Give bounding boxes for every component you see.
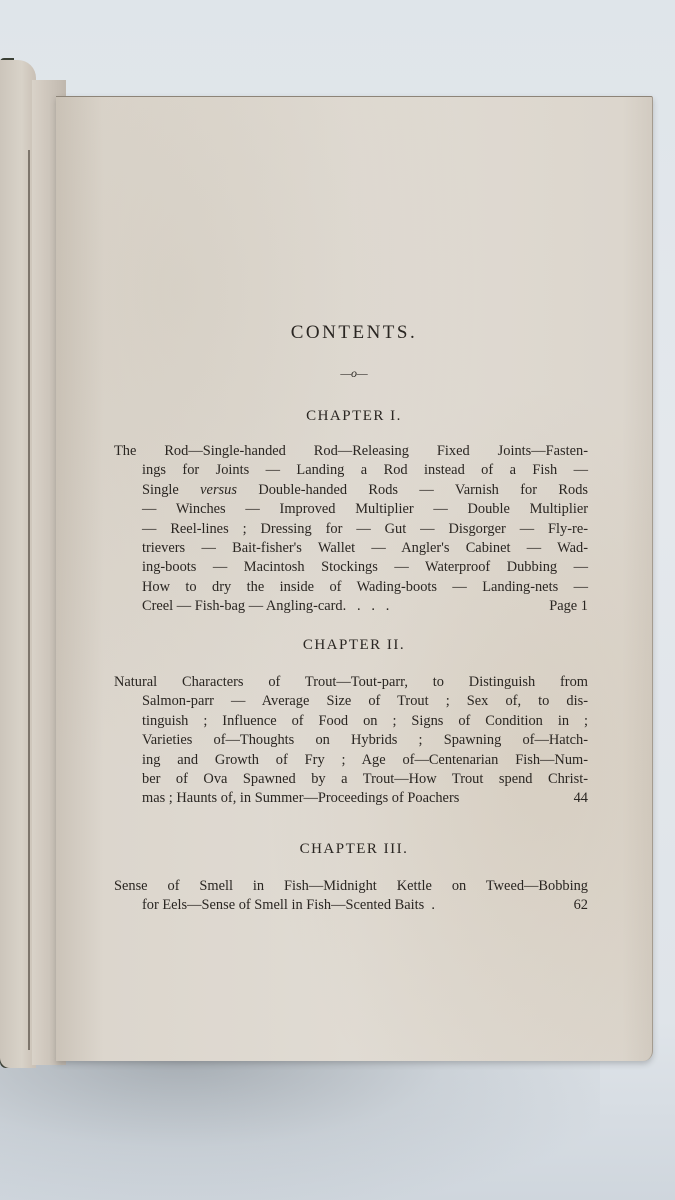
- table-shadow: [0, 1055, 600, 1200]
- entry-line: ings for Joints — Landing a Rod instead …: [114, 461, 588, 480]
- left-page-leaf: [0, 60, 36, 1068]
- entry-line: Varieties of—Thoughts on Hybrids ; Spawn…: [114, 731, 588, 750]
- entry-text: Creel — Fish-bag — Angling-card. . . .: [142, 597, 389, 616]
- page-number: 44: [574, 789, 588, 808]
- entry-italic-text: versus: [200, 482, 237, 498]
- entry-line: for Eels—Sense of Smell in Fish—Scented …: [114, 896, 588, 915]
- chapter-3-entry: Sense of Smell in Fish—Midnight Kettle o…: [114, 877, 588, 916]
- entry-text: Double-handed Rods — Varnish for Rods: [258, 482, 588, 498]
- entry-line: Salmon-parr — Average Size of Trout ; Se…: [114, 692, 588, 711]
- entry-line: ber of Ova Spawned by a Trout—How Trout …: [114, 770, 588, 789]
- entry-line: Sense of Smell in Fish—Midnight Kettle o…: [114, 877, 588, 896]
- entry-line: The Rod—Single-handed Rod—Releasing Fixe…: [114, 442, 588, 461]
- entry-line: ing and Growth of Fry ; Age of—Centenari…: [114, 751, 588, 770]
- left-leaf-fold-line: [28, 150, 30, 1050]
- chapter-2-entry: Natural Characters of Trout—Tout-parr, t…: [114, 673, 588, 809]
- entry-line: tinguish ; Influence of Food on ; Signs …: [114, 712, 588, 731]
- chapter-1-heading: CHAPTER I.: [56, 408, 652, 425]
- entry-line: Creel — Fish-bag — Angling-card. . . .Pa…: [114, 597, 588, 616]
- entry-line: — Reel-lines ; Dressing for — Gut — Disg…: [114, 520, 588, 539]
- contents-text: CONTENTS. —o— CHAPTER I. The Rod—Single-…: [56, 96, 652, 1060]
- entry-line: trievers — Bait-fisher's Wallet — Angler…: [114, 539, 588, 558]
- page-number: 62: [574, 896, 588, 915]
- entry-text: for Eels—Sense of Smell in Fish—Scented …: [142, 896, 435, 915]
- entry-text: mas ; Haunts of, in Summer—Proceedings o…: [142, 789, 459, 808]
- entry-text: Single: [142, 482, 179, 498]
- entry-line: — Winches — Improved Multiplier — Double…: [114, 500, 588, 519]
- chapter-1-entry: The Rod—Single-handed Rod—Releasing Fixe…: [114, 442, 588, 617]
- entry-line: ing-boots — Macintosh Stockings — Waterp…: [114, 558, 588, 577]
- chapter-3-heading: CHAPTER III.: [56, 841, 652, 858]
- page-number: Page 1: [549, 597, 588, 616]
- entry-line: Single versus Double-handed Rods — Varni…: [114, 481, 588, 500]
- entry-line: How to dry the inside of Wading-boots — …: [114, 578, 588, 597]
- chapter-2-heading: CHAPTER II.: [56, 637, 652, 654]
- entry-line: mas ; Haunts of, in Summer—Proceedings o…: [114, 789, 588, 808]
- title-ornament: —o—: [56, 366, 652, 381]
- entry-line: Natural Characters of Trout—Tout-parr, t…: [114, 673, 588, 692]
- page-title: CONTENTS.: [56, 322, 652, 344]
